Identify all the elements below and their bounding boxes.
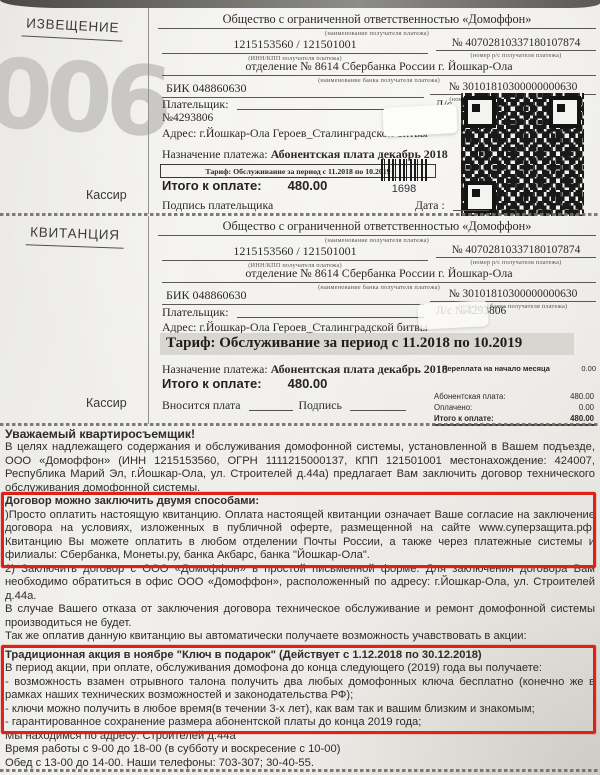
payee-company-field: Общество с ограниченной ответственностью…: [158, 219, 596, 244]
tear-line-separator: [0, 423, 600, 426]
pay-label: Вносится плата: [162, 398, 241, 413]
overpay-value: 0.00: [568, 364, 596, 373]
summary-value: 480.00: [570, 392, 594, 401]
date-field: Дата :: [415, 198, 495, 213]
photo-top-edge: [0, 0, 600, 8]
payee-company-name: Общество с ограниченной ответственностью…: [158, 219, 596, 236]
info-paragraph: )Просто оплатить настоящую квитанцию. Оп…: [5, 509, 595, 563]
info-paragraph: Так же оплатив данную квитанцию вы автом…: [5, 630, 595, 644]
purpose-label: Назначение платежа:: [162, 362, 268, 376]
info-paragraph: В целях надлежащего содержания и обслужи…: [5, 441, 595, 495]
info-section: Уважаемый квартиросъемщик! В целях надле…: [5, 427, 595, 770]
total-value: 480.00: [288, 178, 328, 193]
promo-title: Традиционная акция в ноябре "Ключ в пода…: [5, 649, 595, 663]
summary-label: Оплачено:: [434, 403, 472, 412]
bik-value: БИК 048860630: [162, 81, 424, 98]
total-value: 480.00: [288, 376, 328, 391]
payee-company-field: Общество с ограниченной ответственностью…: [158, 12, 596, 37]
purpose-value: Абонентская плата декабрь 2018: [271, 362, 448, 376]
barcode: [381, 159, 428, 181]
qr-finder: [549, 96, 581, 128]
promo-item: - ключи можно получить в любое время(в т…: [5, 703, 595, 717]
total-row: Итого к оплате: 480.00: [162, 376, 327, 391]
account-caption: (номер р/с получателя платежа): [436, 52, 596, 59]
inn-kpp-value: 1215153560 / 121501001: [162, 37, 428, 54]
privacy-sticker: [417, 300, 488, 330]
cashier-label: Кассир: [86, 188, 127, 202]
account-number: № 40702810337180107874: [436, 244, 596, 258]
total-row: Итого к оплате: 480.00: [162, 178, 327, 193]
cashier-label: Кассир: [86, 396, 127, 410]
bik-value: БИК 048860630: [162, 288, 424, 305]
promo-item: - гарантированное сохранение размера або…: [5, 716, 595, 730]
payee-company-caption: (наименование получателя платежа): [158, 237, 596, 244]
amount-summary: Абонентская плата: 480.00 Оплачено: 0.00…: [432, 391, 596, 426]
payment-receipt-photo: ИЗВЕЩЕНИЕ 006 Кассир Общество с ограниче…: [0, 0, 600, 775]
bik-field: БИК 048860630: [162, 81, 424, 98]
total-label: Итого к оплате:: [162, 376, 262, 391]
payer-label: Плательщик:: [162, 305, 229, 320]
privacy-sticker: [382, 104, 457, 137]
lunch-phones-line: Обед с 13-00 до 14-00. Наши телефоны: 70…: [5, 757, 595, 771]
purpose-label: Назначение платежа:: [162, 147, 268, 161]
summary-label: Итого к оплате:: [434, 414, 494, 423]
notice-section-label: ИЗВЕЩЕНИЕ: [22, 15, 124, 41]
bottom-dashed-line: [0, 769, 600, 772]
payee-company-name: Общество с ограниченной ответственностью…: [158, 12, 596, 29]
promo-item: - возможность взамен отрывного талона по…: [5, 676, 595, 703]
account-number: № 40702810337180107874: [436, 37, 596, 51]
date-blank-line: [453, 198, 489, 211]
sign-blank-line: [350, 398, 406, 411]
overpay-label: Переплата на начало месяца: [442, 364, 550, 373]
summary-value: 480.00: [570, 414, 594, 423]
date-label: Дата :: [415, 198, 445, 213]
payment-signature-row: Вносится плата Подпись: [162, 398, 412, 413]
bank-name: отделение № 8614 Сбербанка России г. Йош…: [162, 266, 596, 283]
summary-value: 0.00: [579, 403, 594, 412]
barcode-number: 1698: [378, 183, 430, 195]
greeting: Уважаемый квартиросъемщик!: [5, 427, 595, 441]
payer-row: Плательщик:: [162, 305, 430, 320]
promo-intro: В период акции, при оплате, обслуживания…: [5, 662, 595, 676]
column-divider: [148, 216, 149, 424]
summary-row: Оплачено: 0.00: [432, 402, 596, 413]
account-field: № 40702810337180107874 (номер р/с получа…: [436, 244, 596, 266]
payer-account-number: №4293806: [162, 112, 213, 124]
payer-label: Плательщик:: [162, 97, 229, 112]
account-field: № 40702810337180107874 (номер р/с получа…: [436, 37, 596, 59]
office-address-line: Мы находимся по адресу: Строителей д.44а: [5, 730, 595, 744]
working-hours-line: Время работы с 9-00 до 18-00 (в субботу …: [5, 743, 595, 757]
tariff-heading: Тариф: Обслуживание за период с 11.2018 …: [160, 333, 574, 355]
payee-company-caption: (наименование получателя платежа): [158, 30, 596, 37]
corr-account-number: № 30101810300000000630: [430, 288, 596, 302]
total-label: Итого к оплате:: [162, 178, 262, 193]
purpose-row: Назначение платежа: Абонентская плата де…: [162, 362, 448, 377]
bik-field: БИК 048860630: [162, 288, 424, 305]
receipt-section-label: КВИТАНЦИЯ: [26, 224, 124, 248]
column-divider: [148, 8, 149, 214]
summary-label: Абонентская плата:: [434, 392, 506, 401]
info-paragraph-strikethrough: 2) Заключить договор с ООО «Домоффон» в …: [5, 563, 595, 604]
payer-signature-label: Подпись плательщика: [162, 198, 273, 213]
account-caption: (номер р/с получателя платежа): [436, 259, 596, 266]
stamp-006: 006: [0, 45, 168, 150]
payer-blank-line: [237, 305, 424, 318]
summary-row: Абонентская плата: 480.00: [432, 391, 596, 402]
sign-label: Подпись: [299, 398, 342, 413]
info-paragraph: В случае Вашего отказа от заключения дог…: [5, 603, 595, 630]
pay-blank-line: [249, 398, 293, 411]
inn-kpp-value: 1215153560 / 121501001: [162, 244, 428, 261]
bank-name: отделение № 8614 Сбербанка России г. Йош…: [162, 59, 596, 76]
contract-ways-heading: Договор можно заключить двумя способами:: [5, 495, 595, 509]
tear-line-separator: [0, 213, 600, 216]
qr-finder: [464, 96, 496, 128]
